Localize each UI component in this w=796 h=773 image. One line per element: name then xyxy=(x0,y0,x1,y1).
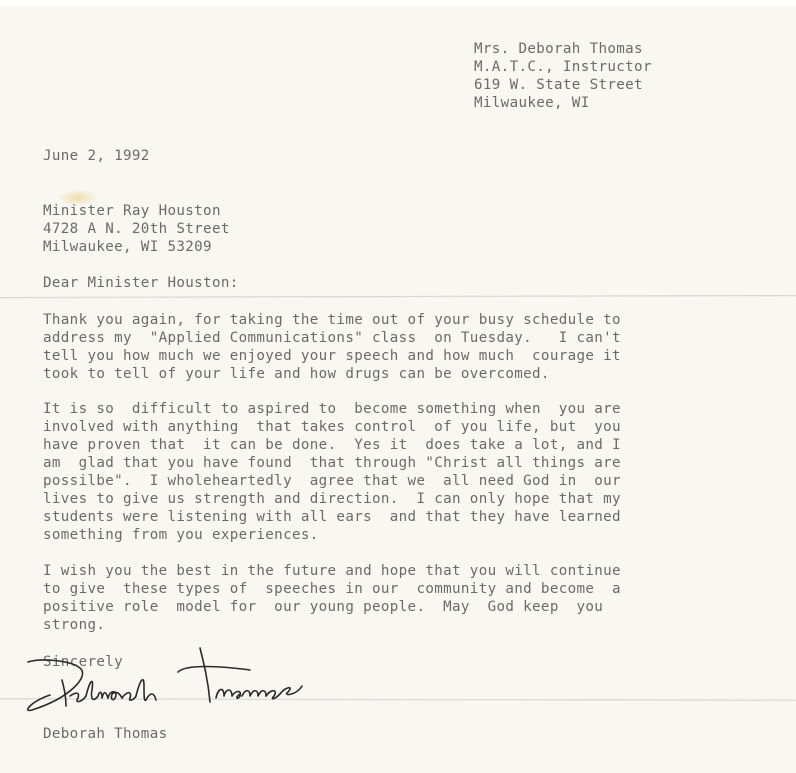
sender-title: M.A.T.C., Instructor xyxy=(474,58,652,76)
salutation: Dear Minister Houston: xyxy=(43,274,239,292)
paragraph-line: students were listening with all ears an… xyxy=(43,508,621,526)
recipient-name: Minister Ray Houston xyxy=(43,202,230,220)
paragraph-line: address my "Applied Communications" clas… xyxy=(43,329,621,347)
sender-city: Milwaukee, WI xyxy=(474,94,652,112)
paragraph-line: involved with anything that takes contro… xyxy=(43,418,621,436)
letter-page: Mrs. Deborah ThomasM.A.T.C., Instructor6… xyxy=(0,0,796,773)
paragraph-line: tell you how much we enjoyed your speech… xyxy=(43,347,621,365)
paragraph-line: positive role model for our young people… xyxy=(43,598,621,616)
recipient-city: Milwaukee, WI 53209 xyxy=(43,238,230,256)
typed-signature-name: Deborah Thomas xyxy=(43,725,167,743)
paragraph-line: strong. xyxy=(43,616,621,634)
fold-line xyxy=(0,295,796,299)
paragraph-line: am glad that you have found that through… xyxy=(43,454,621,472)
paragraph-line: Thank you again, for taking the time out… xyxy=(43,311,621,329)
paragraph-line: lives to give us strength and direction.… xyxy=(43,490,621,508)
sender-name: Mrs. Deborah Thomas xyxy=(474,40,652,58)
sender-street: 619 W. State Street xyxy=(474,76,652,94)
body-paragraph-1: Thank you again, for taking the time out… xyxy=(43,311,621,383)
recipient-street: 4728 A N. 20th Street xyxy=(43,220,230,238)
body-paragraph-3: I wish you the best in the future and ho… xyxy=(43,562,621,634)
paragraph-line: I wish you the best in the future and ho… xyxy=(43,562,621,580)
handwritten-signature xyxy=(10,640,310,720)
body-paragraph-2: It is so difficult to aspired to become … xyxy=(43,400,621,544)
paragraph-line: possilbe". I wholeheartedly agree that w… xyxy=(43,472,621,490)
paragraph-line: took to tell of your life and how drugs … xyxy=(43,365,621,383)
paragraph-line: something from you experiences. xyxy=(43,526,621,544)
recipient-address: Minister Ray Houston4728 A N. 20th Stree… xyxy=(43,202,230,256)
letter-date: June 2, 1992 xyxy=(43,147,150,165)
paragraph-line: to give these types of speeches in our c… xyxy=(43,580,621,598)
paragraph-line: It is so difficult to aspired to become … xyxy=(43,400,621,418)
paper-top-edge xyxy=(0,0,796,6)
paragraph-line: have proven that it can be done. Yes it … xyxy=(43,436,621,454)
sender-address: Mrs. Deborah ThomasM.A.T.C., Instructor6… xyxy=(474,40,652,112)
